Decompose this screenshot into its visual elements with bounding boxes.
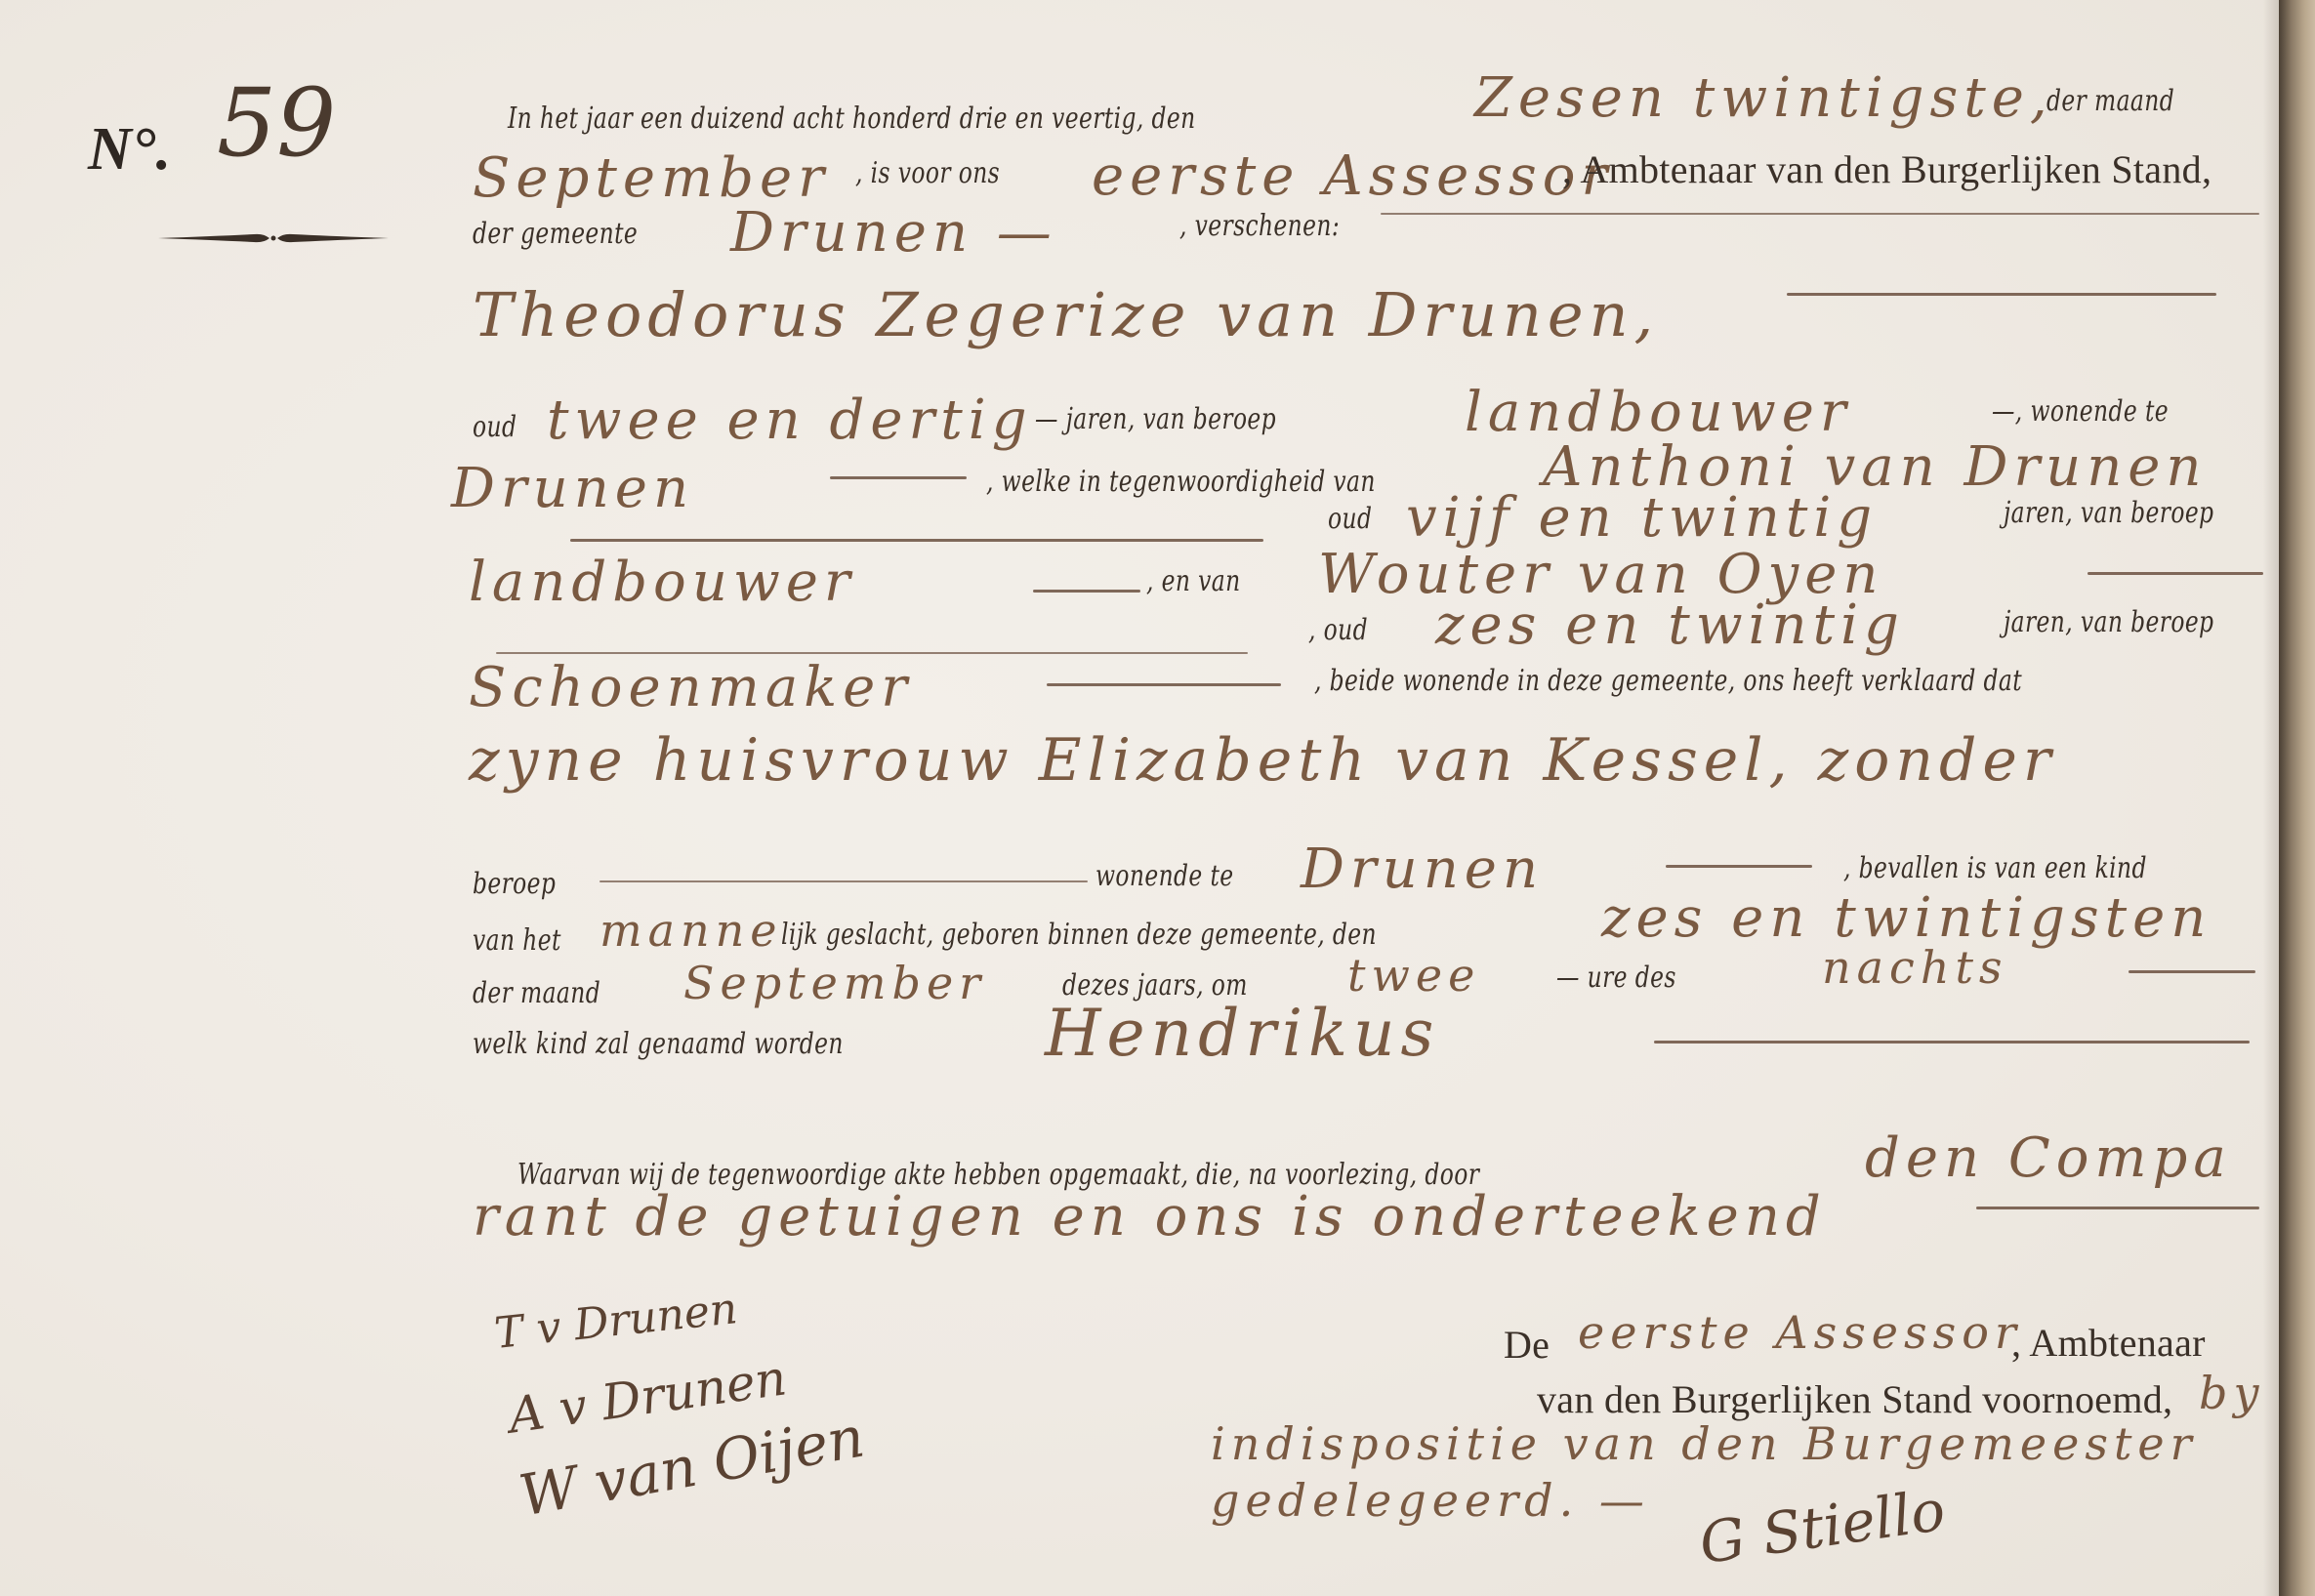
- handwritten-day: Zesen twintigste,: [1474, 66, 2053, 130]
- handwritten-witness-1-age: vijf en twintig: [1406, 486, 1878, 550]
- handwritten-witness-2-occupation: Schoenmaker: [469, 656, 913, 719]
- print-text: lijk geslacht, geboren binnen deze gemee…: [781, 918, 1377, 952]
- print-text: welk kind zal genaamd worden: [473, 1027, 844, 1061]
- print-text: In het jaar een duizend acht honderd dri…: [508, 102, 1196, 136]
- print-text: der maand: [473, 976, 600, 1010]
- fill-line: [2129, 970, 2255, 973]
- handwritten-birth-month: September: [683, 957, 986, 1009]
- print-text: , verschenen:: [1179, 209, 1340, 243]
- number-label: N°.: [88, 115, 171, 184]
- page-binding-edge: [2279, 0, 2315, 1596]
- print-text: , en van: [1146, 564, 1241, 598]
- print-text: , Ambtenaar van den Burgerlijken Stand,: [1562, 146, 2212, 192]
- fill-line: [1654, 1041, 2250, 1044]
- print-text: — ure des: [1556, 961, 1676, 995]
- print-text: oud: [473, 410, 517, 444]
- print-text: , oud: [1308, 613, 1368, 647]
- print-text: , bevallen is van een kind: [1843, 851, 2147, 885]
- print-text: jaren, van beroep: [2004, 605, 2213, 639]
- print-text: van den Burgerlijken Stand voornoemd,: [1537, 1376, 2172, 1422]
- handwritten-child-name: Hendrikus: [1045, 996, 1439, 1071]
- print-text: van het: [473, 923, 561, 958]
- fill-line: [570, 539, 1263, 542]
- fill-line: [496, 652, 1248, 654]
- fill-line: [1381, 213, 2259, 215]
- print-text: , beide wonende in deze gemeente, ons he…: [1314, 664, 2022, 698]
- handwritten-delegation-note: indispositie van den Burgemeester: [1211, 1417, 2198, 1470]
- handwritten-signing-clause: rant de getuigen en ons is onderteekend: [473, 1185, 1827, 1248]
- handwritten-father-name: Theodorus Zegerize van Drunen,: [473, 279, 1659, 350]
- ornament-divider-icon: [156, 232, 391, 244]
- handwritten-official-title: eerste Assessor: [1092, 144, 1613, 208]
- fill-line: [599, 880, 1088, 882]
- handwritten-delegation-note: gedelegeerd. —: [1211, 1474, 1650, 1527]
- print-text: der gemeente: [473, 217, 638, 251]
- print-text: beroep: [473, 867, 556, 901]
- handwritten-official-title: eerste Assessor: [1578, 1306, 2022, 1359]
- print-text: , is voor ons: [855, 156, 1000, 190]
- print-text: oud: [1328, 502, 1372, 536]
- handwritten-witness-2-age: zes en twintig: [1435, 593, 1905, 657]
- print-text: wonende te: [1095, 859, 1234, 893]
- handwritten-residence: Drunen: [451, 457, 694, 520]
- handwritten-time-of-day: nachts: [1822, 941, 2008, 994]
- print-text: —, wonende te: [1992, 394, 2169, 429]
- handwritten-birth-hour: twee: [1347, 949, 1480, 1002]
- handwritten-declarant: den Compa: [1865, 1126, 2232, 1190]
- handwritten-mother-name: zyne huisvrouw Elizabeth van Kessel, zon…: [469, 726, 2057, 795]
- fill-line: [1033, 590, 1140, 593]
- handwritten-father-age: twee en dertig: [547, 389, 1033, 452]
- print-text: — jaren, van beroep: [1035, 402, 1276, 436]
- fill-line: [830, 476, 967, 479]
- fill-line: [2088, 572, 2263, 575]
- print-text: , Ambtenaar: [2011, 1320, 2206, 1366]
- print-text: jaren, van beroep: [2004, 496, 2213, 530]
- handwritten-by: by: [2199, 1367, 2264, 1419]
- print-text: der maand: [2046, 84, 2174, 118]
- handwritten-sex: manne: [599, 904, 783, 957]
- print-text: De: [1504, 1322, 1550, 1368]
- handwritten-municipality: Drunen —: [730, 201, 1057, 265]
- handwritten-mother-residence: Drunen: [1301, 838, 1544, 901]
- certificate-number: 59: [217, 68, 336, 178]
- print-text: , welke in tegenwoordigheid van: [986, 465, 1376, 499]
- fill-line: [1976, 1207, 2259, 1209]
- fill-line: [1047, 683, 1281, 686]
- handwritten-witness-1-occupation: landbouwer: [469, 551, 856, 614]
- fill-line: [1666, 865, 1812, 868]
- fill-line: [1787, 293, 2216, 296]
